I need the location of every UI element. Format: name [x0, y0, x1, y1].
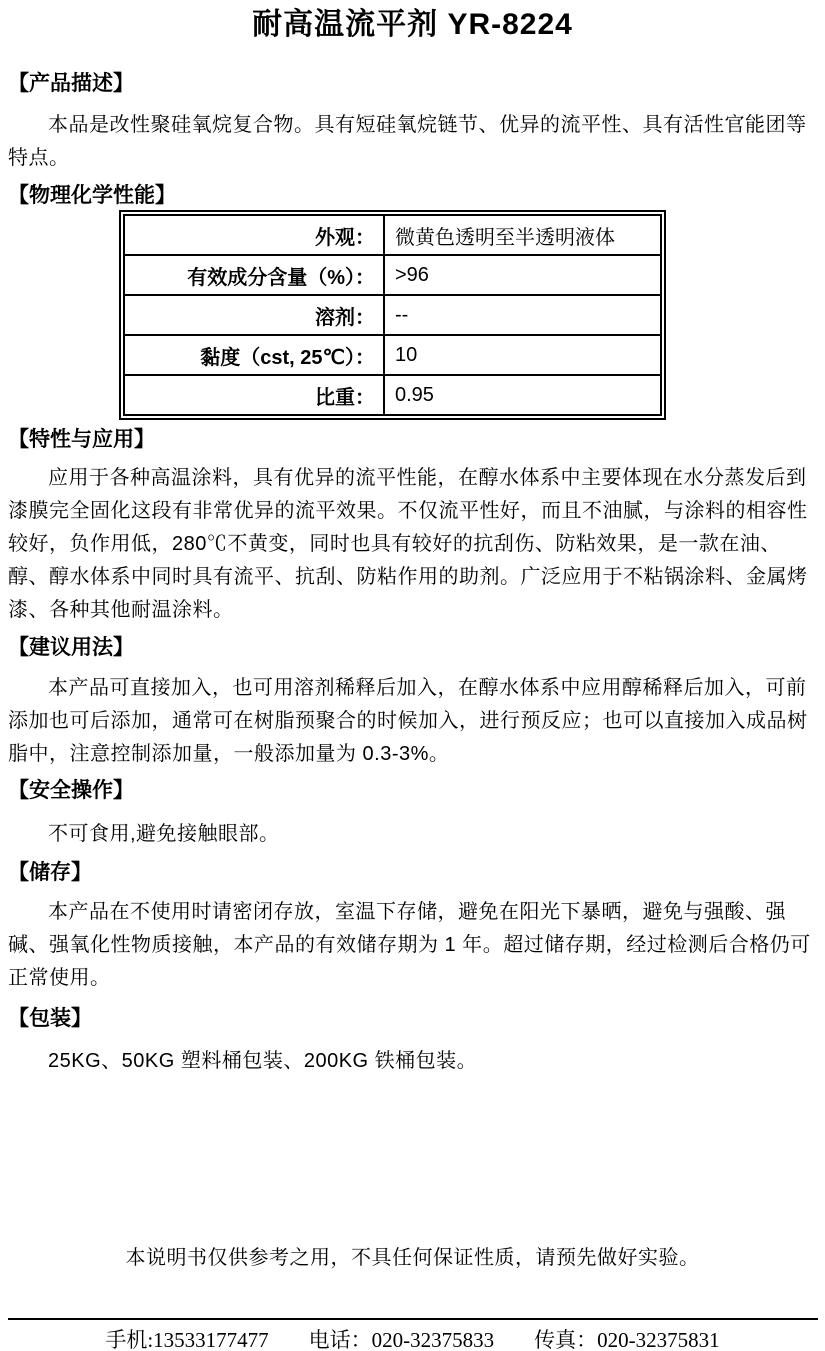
- footer-fax: 传真：020-32375831: [534, 1326, 720, 1351]
- section-storage: 【储存】 本产品在不使用时请密闭存放，室温下存储，避免在阳光下暴晒，避免与强酸、…: [0, 861, 825, 995]
- footer-contact: 手机:13533177477 电话：020-32375833 传真：020-32…: [0, 1326, 825, 1351]
- properties-table: 外观： 微黄色透明至半透明液体 有效成分含量（%）： >96 溶剂： -- 黏度…: [119, 210, 666, 420]
- section-features-applications: 【特性与应用】 应用于各种高温涂料，具有优异的流平性能，在醇水体系中主要体现在水…: [0, 428, 825, 627]
- packaging-body: 25KG、50KG 塑料桶包装、200KG 铁桶包装。: [8, 1045, 815, 1078]
- storage-body: 本产品在不使用时请密闭存放，室温下存储，避免在阳光下暴晒，避免与强酸、强碱、强氧…: [8, 896, 815, 995]
- section-suggested-usage: 【建议用法】 本产品可直接加入，也可用溶剂稀释后加入，在醇水体系中应用醇稀释后加…: [0, 636, 825, 771]
- footer-phone-label: 电话：: [309, 1328, 372, 1351]
- property-value-viscosity: 10: [384, 335, 661, 375]
- safety-body: 不可食用,避免接触眼部。: [8, 818, 815, 851]
- footer-mobile-value: 13533177477: [153, 1328, 269, 1351]
- packaging-heading: 【包装】: [8, 1007, 825, 1031]
- property-value-specific-gravity: 0.95: [384, 375, 661, 415]
- property-label-solvent: 溶剂：: [124, 295, 384, 335]
- disclaimer-text: 本说明书仅供参考之用，不具任何保证性质，请预先做好实验。: [0, 1243, 825, 1273]
- section-packaging: 【包装】 25KG、50KG 塑料桶包装、200KG 铁桶包装。: [0, 1007, 825, 1078]
- suggested-usage-body: 本产品可直接加入，也可用溶剂稀释后加入，在醇水体系中应用醇稀释后加入，可前添加也…: [8, 672, 815, 771]
- property-label-active-content: 有效成分含量（%）：: [124, 255, 384, 295]
- features-applications-heading: 【特性与应用】: [8, 428, 825, 452]
- storage-heading: 【储存】: [8, 861, 825, 885]
- features-applications-body: 应用于各种高温涂料，具有优异的流平性能，在醇水体系中主要体现在水分蒸发后到漆膜完…: [8, 462, 815, 627]
- footer-divider: [8, 1318, 818, 1320]
- page-title: 耐高温流平剂 YR-8224: [0, 0, 825, 44]
- suggested-usage-heading: 【建议用法】: [8, 636, 825, 660]
- section-product-description: 【产品描述】 本品是改性聚硅氧烷复合物。具有短硅氧烷链节、优异的流平性、具有活性…: [0, 72, 825, 175]
- property-label-appearance: 外观：: [124, 215, 384, 255]
- table-row: 比重： 0.95: [124, 375, 661, 415]
- footer-phone-value: 020-32375833: [372, 1328, 495, 1351]
- footer-mobile: 手机:13533177477: [105, 1326, 268, 1351]
- footer-mobile-label: 手机:: [105, 1328, 153, 1351]
- product-datasheet-page: 耐高温流平剂 YR-8224 【产品描述】 本品是改性聚硅氧烷复合物。具有短硅氧…: [0, 0, 825, 1351]
- table-row: 黏度（cst, 25℃）： 10: [124, 335, 661, 375]
- section-physical-properties: 【物理化学性能】 外观： 微黄色透明至半透明液体 有效成分含量（%）： >96 …: [0, 184, 825, 420]
- property-value-active-content: >96: [384, 255, 661, 295]
- table-row: 有效成分含量（%）： >96: [124, 255, 661, 295]
- physical-properties-heading: 【物理化学性能】: [8, 184, 825, 208]
- property-label-specific-gravity: 比重：: [124, 375, 384, 415]
- footer-fax-label: 传真：: [534, 1328, 597, 1351]
- property-label-viscosity: 黏度（cst, 25℃）：: [124, 335, 384, 375]
- property-value-solvent: --: [384, 295, 661, 335]
- section-safety: 【安全操作】 不可食用,避免接触眼部。: [0, 779, 825, 851]
- safety-heading: 【安全操作】: [8, 779, 825, 803]
- footer-fax-value: 020-32375831: [597, 1328, 720, 1351]
- table-row: 外观： 微黄色透明至半透明液体: [124, 215, 661, 255]
- properties-table-grid: 外观： 微黄色透明至半透明液体 有效成分含量（%）： >96 溶剂： -- 黏度…: [123, 214, 662, 416]
- product-description-heading: 【产品描述】: [8, 72, 825, 96]
- footer-phone: 电话：020-32375833: [309, 1326, 495, 1351]
- product-description-body: 本品是改性聚硅氧烷复合物。具有短硅氧烷链节、优异的流平性、具有活性官能团等特点。: [8, 109, 815, 175]
- table-row: 溶剂： --: [124, 295, 661, 335]
- property-value-appearance: 微黄色透明至半透明液体: [384, 215, 661, 255]
